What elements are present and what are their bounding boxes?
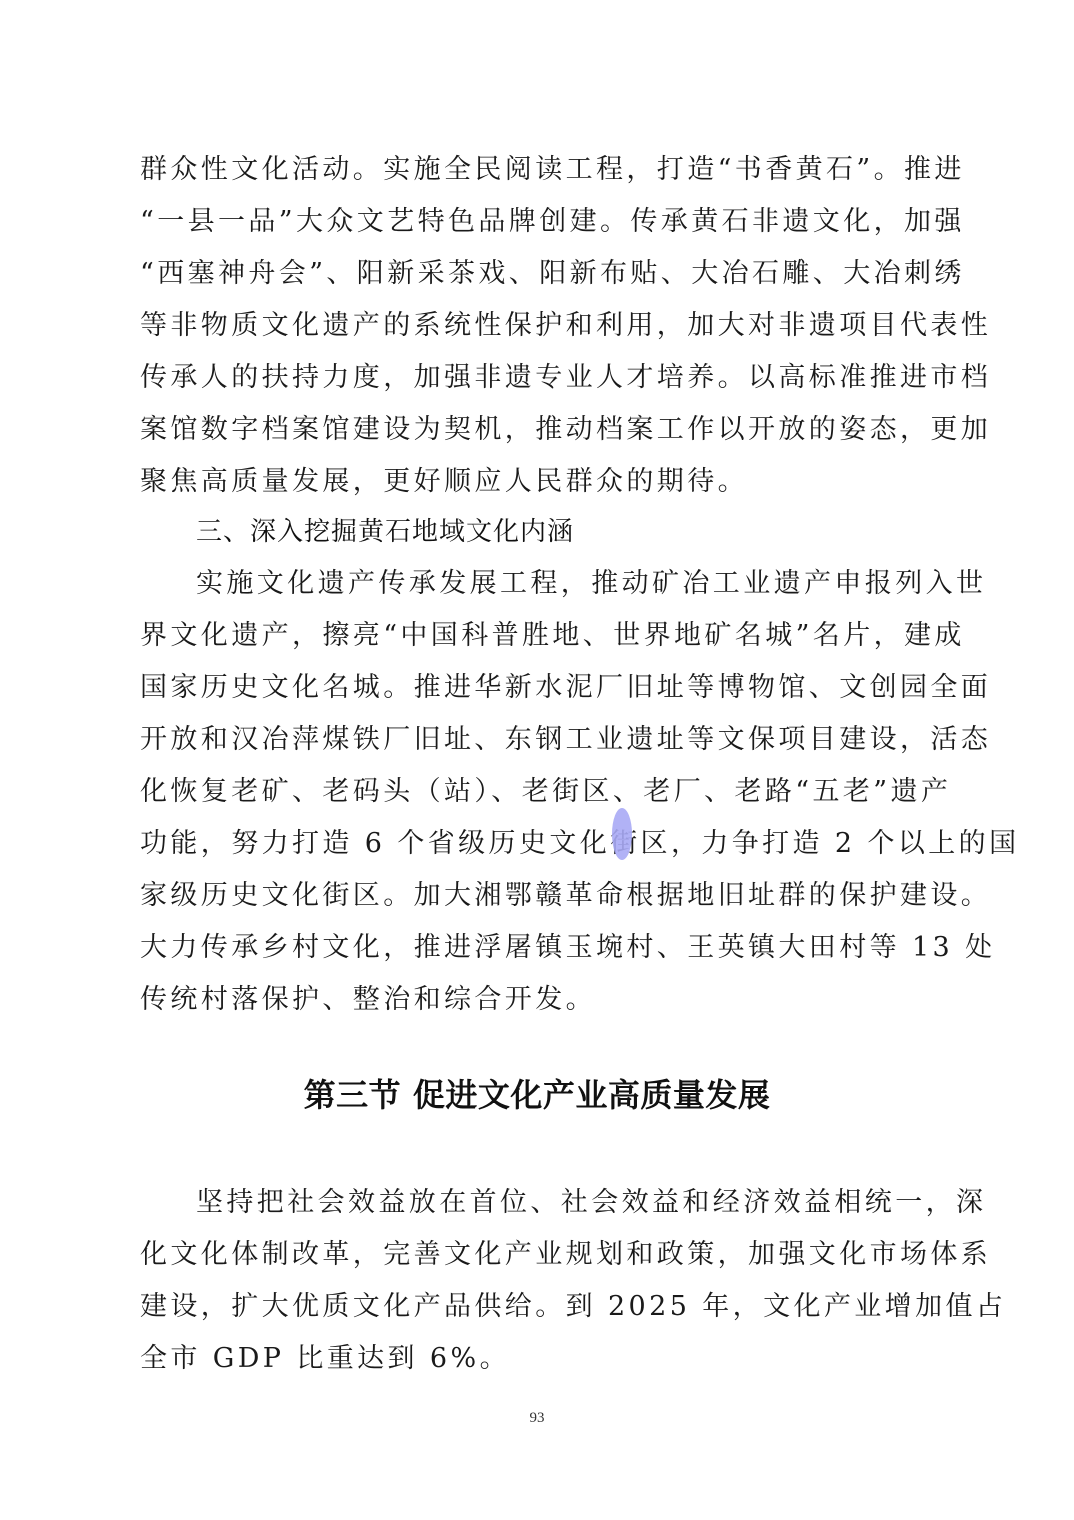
text-line: “西塞神舟会”、阳新采茶戏、阳新布贴、大冶石雕、大冶刺绣 — [140, 257, 936, 291]
text-line: 等非物质文化遗产的系统性保护和利用，加大对非遗项目代表性 — [140, 309, 936, 343]
page-number: 93 — [0, 1410, 1074, 1427]
text-line: 大力传承乡村文化，推进浮屠镇玉埦村、王英镇大田村等 13 处 — [140, 931, 936, 965]
text-line: 开放和汉冶萍煤铁厂旧址、东钢工业遗址等文保项目建设，活态 — [140, 723, 936, 757]
subsection-heading: 三、深入挖掘黄石地域文化内涵 — [196, 515, 574, 549]
text-line: 案馆数字档案馆建设为契机，推动档案工作以开放的姿态，更加 — [140, 413, 936, 447]
section-title: 第三节 促进文化产业高质量发展 — [0, 1075, 1074, 1115]
text-line: 化恢复老矿、老码头（站）、老街区、老厂、老路“五老”遗产 — [140, 775, 936, 809]
text-line: 传承人的扶持力度，加强非遗专业人才培养。以高标准推进市档 — [140, 361, 936, 395]
document-page: 群众性文化活动。实施全民阅读工程，打造“书香黄石”。推进 “一县一品”大众文艺特… — [0, 0, 1074, 1520]
text-line: 家级历史文化街区。加大湘鄂赣革命根据地旧址群的保护建设。 — [140, 879, 936, 913]
text-line: 化文化体制改革，完善文化产业规划和政策，加强文化市场体系 — [140, 1238, 936, 1272]
text-line: 坚持把社会效益放在首位、社会效益和经济效益相统一，深 — [196, 1186, 936, 1220]
text-line: 群众性文化活动。实施全民阅读工程，打造“书香黄石”。推进 — [140, 153, 936, 187]
text-line: “一县一品”大众文艺特色品牌创建。传承黄石非遗文化，加强 — [140, 205, 936, 239]
text-line: 聚焦高质量发展，更好顺应人民群众的期待。 — [140, 465, 936, 499]
text-line: 国家历史文化名城。推进华新水泥厂旧址等博物馆、文创园全面 — [140, 671, 936, 705]
text-line: 全市 GDP 比重达到 6%。 — [140, 1342, 936, 1376]
text-line: 界文化遗产，擦亮“中国科普胜地、世界地矿名城”名片，建成 — [140, 619, 936, 653]
text-cursor-marker — [612, 808, 632, 860]
text-line: 实施文化遗产传承发展工程，推动矿冶工业遗产申报列入世 — [196, 567, 936, 601]
text-line: 功能，努力打造 6 个省级历史文化街区，力争打造 2 个以上的国 — [140, 827, 936, 861]
text-line: 建设，扩大优质文化产品供给。到 2025 年，文化产业增加值占 — [140, 1290, 936, 1324]
text-line: 传统村落保护、整治和综合开发。 — [140, 983, 936, 1017]
